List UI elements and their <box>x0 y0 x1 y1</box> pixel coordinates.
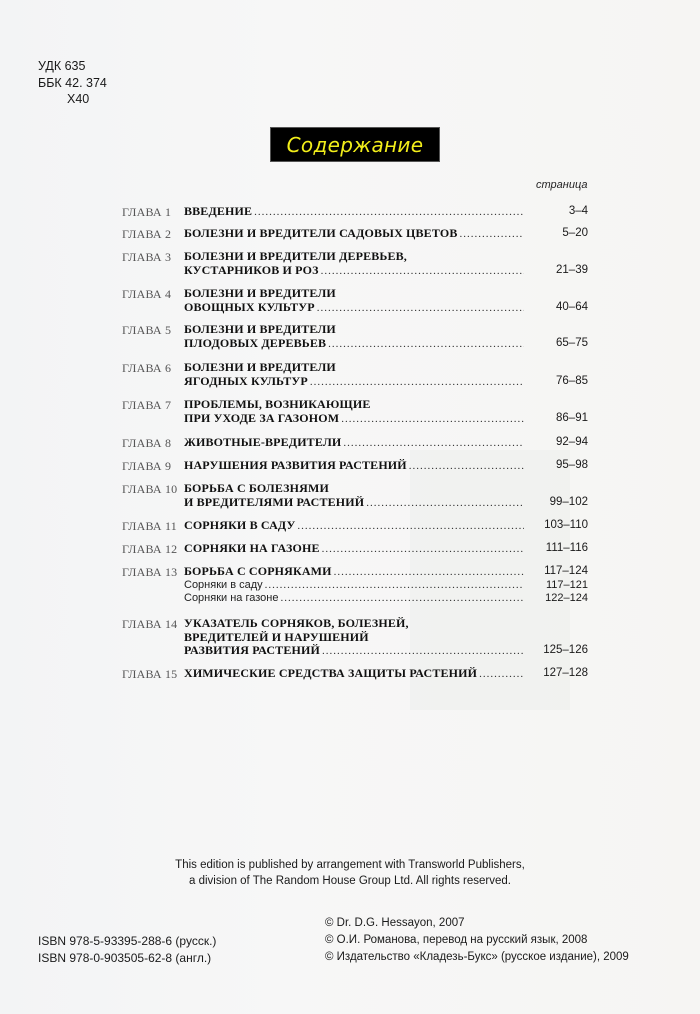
chapter-title-text: ХИМИЧЕСКИЕ СРЕДСТВА ЗАЩИТЫ РАСТЕНИЙ <box>184 667 477 681</box>
chapter-title-text: ЖИВОТНЫЕ-ВРЕДИТЕЛИ <box>184 436 341 450</box>
dot-leader <box>265 579 524 592</box>
chapter-label: ГЛАВА 15 <box>122 667 177 682</box>
chapter-title-text: ЯГОДНЫХ КУЛЬТУР <box>184 375 308 389</box>
dot-leader <box>317 302 524 316</box>
page-range: 21–39 <box>534 264 588 276</box>
page-range: 103–110 <box>534 519 588 531</box>
dot-leader <box>341 413 524 427</box>
copyright-line: © Издательство «Кладезь-Букс» (русское и… <box>325 949 629 966</box>
subentry-title: Сорняки в саду <box>184 579 263 592</box>
chapter-title-line: УКАЗАТЕЛЬ СОРНЯКОВ, БОЛЕЗНЕЙ, <box>184 617 524 631</box>
chapter-label: ГЛАВА 3 <box>122 250 171 265</box>
imprint-notice: This edition is published by arrangement… <box>0 857 700 889</box>
chapter-label: ГЛАВА 10 <box>122 482 177 497</box>
chapter-title: СОРНЯКИ В САДУ <box>184 519 524 533</box>
chapter-title: ХИМИЧЕСКИЕ СРЕДСТВА ЗАЩИТЫ РАСТЕНИЙ <box>184 667 524 681</box>
chapter-title: БОЛЕЗНИ И ВРЕДИТЕЛИ ДЕРЕВЬЕВ,КУСТАРНИКОВ… <box>184 250 524 277</box>
page-range: 99–102 <box>534 496 588 508</box>
page-range: 76–85 <box>534 375 588 387</box>
page-column-label: страница <box>536 179 587 191</box>
chapter-title-text: БОЛЕЗНИ И ВРЕДИТЕЛИ <box>184 361 336 375</box>
chapter-title-text: РАЗВИТИЯ РАСТЕНИЙ <box>184 644 320 658</box>
chapter-label: ГЛАВА 14 <box>122 617 177 632</box>
chapter-title-text: СОРНЯКИ НА ГАЗОНЕ <box>184 542 320 556</box>
subentry-line: Сорняки в саду <box>184 579 524 592</box>
chapter-label: ГЛАВА 4 <box>122 287 171 302</box>
chapter-title-line: БОЛЕЗНИ И ВРЕДИТЕЛИ <box>184 323 524 337</box>
chapter-title-line: И ВРЕДИТЕЛЯМИ РАСТЕНИЙ <box>184 496 524 510</box>
chapter-title: НАРУШЕНИЯ РАЗВИТИЯ РАСТЕНИЙ <box>184 459 524 473</box>
chapter-title-text: И ВРЕДИТЕЛЯМИ РАСТЕНИЙ <box>184 496 364 510</box>
page-range: 3–4 <box>534 205 588 217</box>
chapter-label: ГЛАВА 13 <box>122 565 177 580</box>
chapter-title-line: БОРЬБА С СОРНЯКАМИ <box>184 565 524 579</box>
copyright-block: © Dr. D.G. Hessayon, 2007 © О.И. Романов… <box>325 915 629 966</box>
chapter-title-line: ПРИ УХОДЕ ЗА ГАЗОНОМ <box>184 412 524 426</box>
chapter-title-text: БОЛЕЗНИ И ВРЕДИТЕЛИ <box>184 287 336 301</box>
dot-leader <box>366 497 524 511</box>
chapter-title: БОЛЕЗНИ И ВРЕДИТЕЛИ САДОВЫХ ЦВЕТОВ <box>184 227 524 241</box>
chapter-label: ГЛАВА 9 <box>122 459 171 474</box>
subentry-page-range: 122–124 <box>534 592 588 604</box>
chapter-title-text: СОРНЯКИ В САДУ <box>184 519 295 533</box>
chapter-title-line: КУСТАРНИКОВ И РОЗ <box>184 264 524 278</box>
chapter-title-line: БОРЬБА С БОЛЕЗНЯМИ <box>184 482 524 496</box>
chapter-title-text: БОРЬБА С СОРНЯКАМИ <box>184 565 332 579</box>
contents-title: Содержание <box>287 133 424 157</box>
dot-leader <box>409 460 524 474</box>
chapter-title-text: ПРОБЛЕМЫ, ВОЗНИКАЮЩИЕ <box>184 398 371 412</box>
chapter-title-text: УКАЗАТЕЛЬ СОРНЯКОВ, БОЛЕЗНЕЙ, <box>184 617 409 631</box>
chapter-title-line: БОЛЕЗНИ И ВРЕДИТЕЛИ ДЕРЕВЬЕВ, <box>184 250 524 264</box>
chapter-label: ГЛАВА 1 <box>122 205 171 220</box>
chapter-title-text: ВРЕДИТЕЛЕЙ И НАРУШЕНИЙ <box>184 631 369 645</box>
chapter-title-text: КУСТАРНИКОВ И РОЗ <box>184 264 319 278</box>
chapter-label: ГЛАВА 5 <box>122 323 171 338</box>
page-range: 95–98 <box>534 459 588 471</box>
page-range: 5–20 <box>534 227 588 239</box>
page-range: 117–124 <box>534 565 588 577</box>
chapter-title: ПРОБЛЕМЫ, ВОЗНИКАЮЩИЕПРИ УХОДЕ ЗА ГАЗОНО… <box>184 398 524 425</box>
chapter-title-text: БОРЬБА С БОЛЕЗНЯМИ <box>184 482 329 496</box>
dot-leader <box>310 376 524 390</box>
page-range: 125–126 <box>534 644 588 656</box>
copyright-line: © Dr. D.G. Hessayon, 2007 <box>325 915 629 932</box>
chapter-title-line: БОЛЕЗНИ И ВРЕДИТЕЛИ <box>184 287 524 301</box>
chapter-title-line: ВРЕДИТЕЛЕЙ И НАРУШЕНИЙ <box>184 631 524 645</box>
chapter-title-line: ПРОБЛЕМЫ, ВОЗНИКАЮЩИЕ <box>184 398 524 412</box>
chapter-label: ГЛАВА 2 <box>122 227 171 242</box>
dot-leader <box>280 592 524 605</box>
chapter-title-line: БОЛЕЗНИ И ВРЕДИТЕЛИ САДОВЫХ ЦВЕТОВ <box>184 227 524 241</box>
udk-code: УДК 635 <box>38 58 107 75</box>
subentry-title: Сорняки на газоне <box>184 592 278 605</box>
dot-leader <box>479 668 524 682</box>
dot-leader <box>254 206 524 220</box>
chapter-title-text: ВВЕДЕНИЕ <box>184 205 252 219</box>
chapter-title: БОЛЕЗНИ И ВРЕДИТЕЛИПЛОДОВЫХ ДЕРЕВЬЕВ <box>184 323 524 350</box>
chapter-title: БОРЬБА С СОРНЯКАМИСорняки в садуСорняки … <box>184 565 524 605</box>
chapter-title-line: ОВОЩНЫХ КУЛЬТУР <box>184 301 524 315</box>
chapter-label: ГЛАВА 11 <box>122 519 177 534</box>
chapter-label: ГЛАВА 6 <box>122 361 171 376</box>
classification-block: УДК 635 ББК 42. 374 Х40 <box>38 58 107 108</box>
bbk-code: ББК 42. 374 <box>38 75 107 92</box>
chapter-title-line: ЯГОДНЫХ КУЛЬТУР <box>184 375 524 389</box>
page-range: 65–75 <box>534 337 588 349</box>
subentry-page-range: 117–121 <box>534 579 588 591</box>
chapter-title-line: СОРНЯКИ В САДУ <box>184 519 524 533</box>
contents-header: Содержание <box>270 127 440 162</box>
chapter-title: БОЛЕЗНИ И ВРЕДИТЕЛИЯГОДНЫХ КУЛЬТУР <box>184 361 524 388</box>
dot-leader <box>321 265 524 279</box>
page-range: 111–116 <box>534 542 588 554</box>
chapter-title-line: ЖИВОТНЫЕ-ВРЕДИТЕЛИ <box>184 436 524 450</box>
chapter-label: ГЛАВА 7 <box>122 398 171 413</box>
author-mark: Х40 <box>38 91 107 108</box>
chapter-title-line: ПЛОДОВЫХ ДЕРЕВЬЕВ <box>184 337 524 351</box>
chapter-title-line: БОЛЕЗНИ И ВРЕДИТЕЛИ <box>184 361 524 375</box>
imprint-line: a division of The Random House Group Ltd… <box>0 873 700 889</box>
dot-leader <box>297 520 524 534</box>
chapter-title-line: РАЗВИТИЯ РАСТЕНИЙ <box>184 644 524 658</box>
dot-leader <box>343 437 524 451</box>
isbn-block: ISBN 978-5-93395-288-6 (русск.) ISBN 978… <box>38 933 216 967</box>
chapter-label: ГЛАВА 8 <box>122 436 171 451</box>
chapter-title: УКАЗАТЕЛЬ СОРНЯКОВ, БОЛЕЗНЕЙ,ВРЕДИТЕЛЕЙ … <box>184 617 524 658</box>
chapter-title-text: БОЛЕЗНИ И ВРЕДИТЕЛИ САДОВЫХ ЦВЕТОВ <box>184 227 457 241</box>
chapter-title-text: ОВОЩНЫХ КУЛЬТУР <box>184 301 315 315</box>
dot-leader <box>334 566 524 580</box>
chapter-title-text: БОЛЕЗНИ И ВРЕДИТЕЛИ ДЕРЕВЬЕВ, <box>184 250 407 264</box>
chapter-title: ЖИВОТНЫЕ-ВРЕДИТЕЛИ <box>184 436 524 450</box>
subentry-line: Сорняки на газоне <box>184 592 524 605</box>
chapter-title-text: НАРУШЕНИЯ РАЗВИТИЯ РАСТЕНИЙ <box>184 459 407 473</box>
dot-leader <box>322 645 524 659</box>
chapter-title: БОРЬБА С БОЛЕЗНЯМИИ ВРЕДИТЕЛЯМИ РАСТЕНИЙ <box>184 482 524 509</box>
chapter-title-text: БОЛЕЗНИ И ВРЕДИТЕЛИ <box>184 323 336 337</box>
page-range: 127–128 <box>534 667 588 679</box>
chapter-title: ВВЕДЕНИЕ <box>184 205 524 219</box>
chapter-title-line: ХИМИЧЕСКИЕ СРЕДСТВА ЗАЩИТЫ РАСТЕНИЙ <box>184 667 524 681</box>
chapter-title-text: ПРИ УХОДЕ ЗА ГАЗОНОМ <box>184 412 339 426</box>
chapter-title: БОЛЕЗНИ И ВРЕДИТЕЛИОВОЩНЫХ КУЛЬТУР <box>184 287 524 314</box>
page-range: 86–91 <box>534 412 588 424</box>
chapter-title-line: СОРНЯКИ НА ГАЗОНЕ <box>184 542 524 556</box>
isbn-russian: ISBN 978-5-93395-288-6 (русск.) <box>38 933 216 950</box>
page-range: 40–64 <box>534 301 588 313</box>
dot-leader <box>322 543 524 557</box>
chapter-title: СОРНЯКИ НА ГАЗОНЕ <box>184 542 524 556</box>
isbn-english: ISBN 978-0-903505-62-8 (англ.) <box>38 950 216 967</box>
dot-leader <box>328 338 524 352</box>
chapter-title-line: НАРУШЕНИЯ РАЗВИТИЯ РАСТЕНИЙ <box>184 459 524 473</box>
chapter-label: ГЛАВА 12 <box>122 542 177 557</box>
imprint-line: This edition is published by arrangement… <box>0 857 700 873</box>
chapter-title-text: ПЛОДОВЫХ ДЕРЕВЬЕВ <box>184 337 326 351</box>
dot-leader <box>459 228 524 242</box>
chapter-title-line: ВВЕДЕНИЕ <box>184 205 524 219</box>
page-range: 92–94 <box>534 436 588 448</box>
copyright-line: © О.И. Романова, перевод на русский язык… <box>325 932 629 949</box>
